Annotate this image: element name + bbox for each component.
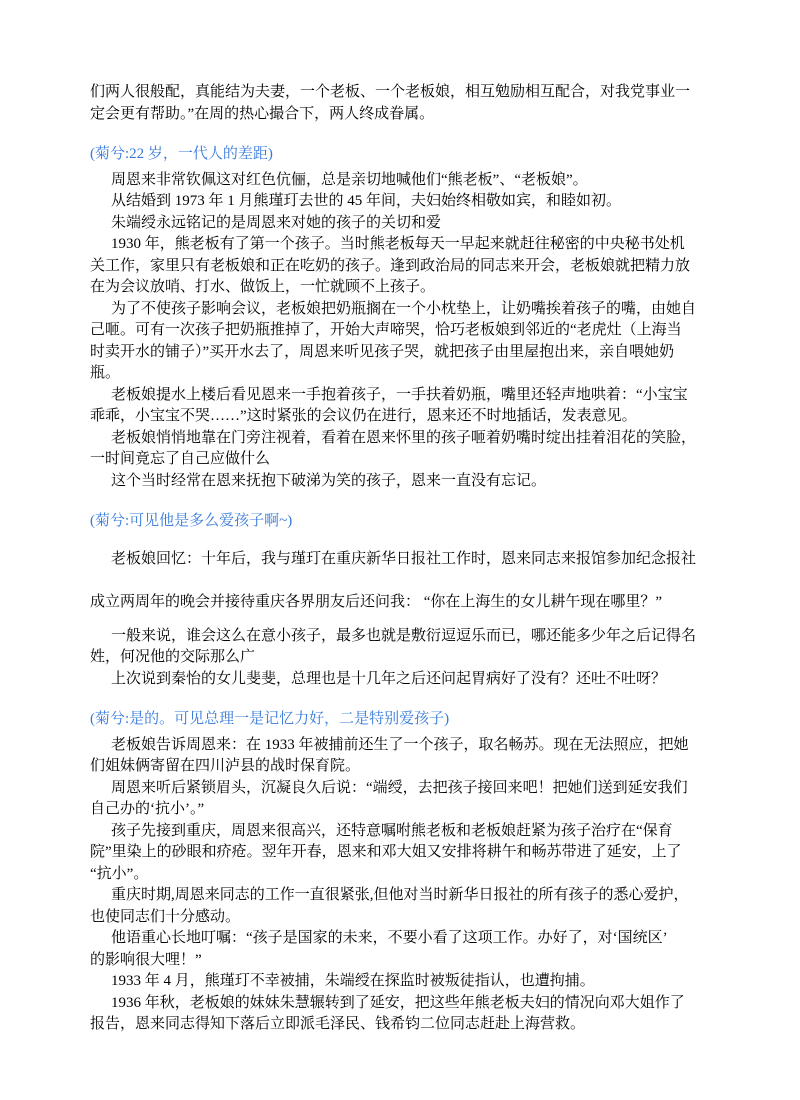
document-text-body: 们两人很般配，真能结为夫妻，一个老板、一个老板娘，相互勉励相互配合，对我党事业一… [90,82,740,1036]
text-line: 一般来说，谁会这么在意小孩子，最多也就是敷衍逗逗乐而已，哪还能多少年之后记得名 [90,626,740,648]
text-line: 周恩来非常钦佩这对红色伉俪，总是亲切地喊他们“熊老板”、“老板娘”。 [90,170,740,192]
text-line: 孩子先接到重庆，周恩来很高兴，还特意嘱咐熊老板和老板娘赶紧为孩子治疗在“保育 [90,821,740,843]
text-line: 周恩来听后紧锁眉头，沉凝良久后说：“端绶，去把孩子接回来吧！把她们送到延安我们 [90,778,740,800]
text-line: 己咂。可有一次孩子把奶瓶推掉了，开始大声啼哭，恰巧老板娘到邻近的“老虎灶（上海当 [90,320,740,342]
text-line: 1936 年秋，老板娘的妹妹朱慧辗转到了延安，把这些年熊老板夫妇的情况向邓大姐作… [90,993,740,1015]
text-line: 时卖开水的铺子）”买开水去了，周恩来听见孩子哭，就把孩子由里屋抱出来，亲自喂她奶 [90,342,740,364]
paragraph: 一般来说，谁会这么在意小孩子，最多也就是敷衍逗逗乐而已，哪还能多少年之后记得名姓… [90,626,740,691]
text-line: 姓，何况他的交际那么广 [90,647,740,669]
paragraph: 老板娘回忆：十年后，我与瑾玎在重庆新华日报社工作时，恩来同志来报馆参加纪念报社成… [90,549,740,614]
text-line: 在为会议放哨、打水、做饭上，一忙就顾不上孩子。 [90,277,740,299]
paragraph: 们两人很般配，真能结为夫妻，一个老板、一个老板娘，相互勉励相互配合，对我党事业一… [90,82,740,125]
text-line: 重庆时期,周恩来同志的工作一直很紧张,但他对当时新华日报社的所有孩子的悉心爱护， [90,885,740,907]
text-line: 的影响很大哩！” [90,950,740,972]
text-line: 院”里染上的砂眼和疥疮。翌年开春，恩来和邓大姐又安排将耕午和畅苏带进了延安，上了 [90,842,740,864]
text-line: 瓶。 [90,363,740,385]
text-line: 老板娘提水上楼后看见恩来一手抱着孩子，一手扶着奶瓶，嘴里还轻声地哄着：“小宝宝 [90,385,740,407]
text-line: 关工作，家里只有老板娘和正在吃奶的孩子。逢到政治局的同志来开会，老板娘就把精力放 [90,256,740,278]
text-line: 一时间竟忘了自己应做什么 [90,449,740,471]
reader-annotation: (菊兮:可见他是多么爱孩子啊~) [90,511,740,533]
text-line: 乖乖，小宝宝不哭……”这时紧张的会议仍在进行，恩来还不时地插话，发表意见。 [90,406,740,428]
document-page: 们两人很般配，真能结为夫妻，一个老板、一个老板娘，相互勉励相互配合，对我党事业一… [0,0,800,1100]
text-line: 们姐妹俩寄留在四川泸县的战时保育院。 [90,756,740,778]
text-line: 老板娘告诉周恩来：在 1933 年被捕前还生了一个孩子，取名畅苏。现在无法照应，… [90,735,740,757]
reader-annotation: (菊兮:22 岁，一代人的差距) [90,144,740,166]
reader-annotation: (菊兮:是的。可见总理一是记忆力好，二是特别爱孩子) [90,709,740,731]
paragraph: 周恩来非常钦佩这对红色伉俪，总是亲切地喊他们“熊老板”、“老板娘”。从结婚到 1… [90,170,740,493]
text-line: 们两人很般配，真能结为夫妻，一个老板、一个老板娘，相互勉励相互配合，对我党事业一 [90,82,740,104]
text-line: 上次说到秦怡的女儿斐斐，总理也是十几年之后还问起胃病好了没有？还吐不吐呀？ [90,669,740,691]
text-line: 定会更有帮助。”在周的热心撮合下，两人终成眷属。 [90,104,740,126]
text-line: 成立两周年的晚会并接待重庆各界朋友后还问我： “你在上海生的女儿耕午现在哪里？” [90,592,740,614]
text-line: 他语重心长地叮嘱：“孩子是国家的未来，不要小看了这项工作。办好了，对‘国统区’ [90,928,740,950]
text-line: 朱端绶永远铭记的是周恩来对她的孩子的关切和爱 [90,213,740,235]
text-line: 从结婚到 1973 年 1 月熊瑾玎去世的 45 年间，夫妇始终相敬如宾，和睦如… [90,191,740,213]
text-line: 1930 年，熊老板有了第一个孩子。当时熊老板每天一早起来就赶往秘密的中央秘书处… [90,234,740,256]
text-line: 也使同志们十分感动。 [90,907,740,929]
text-line: 老板娘悄悄地靠在门旁注视着，看着在恩来怀里的孩子咂着奶嘴时绽出挂着泪花的笑脸， [90,428,740,450]
annotation-line: (菊兮:22 岁，一代人的差距) [90,144,740,166]
annotation-line: (菊兮:是的。可见总理一是记忆力好，二是特别爱孩子) [90,709,740,731]
text-line: 1933 年 4 月，熊瑾玎不幸被捕，朱端绶在探监时被叛徒指认，也遭拘捕。 [90,971,740,993]
text-line: 这个当时经常在恩来抚抱下破涕为笑的孩子，恩来一直没有忘记。 [90,471,740,493]
text-line: “抗小”。 [90,864,740,886]
paragraph: 老板娘告诉周恩来：在 1933 年被捕前还生了一个孩子，取名畅苏。现在无法照应，… [90,735,740,1036]
text-line: 老板娘回忆：十年后，我与瑾玎在重庆新华日报社工作时，恩来同志来报馆参加纪念报社 [90,549,740,571]
text-line: 报告，恩来同志得知下落后立即派毛泽民、钱希钧二位同志赶赴上海营救。 [90,1014,740,1036]
text-line: 为了不使孩子影响会议，老板娘把奶瓶搁在一个小枕垫上，让奶嘴挨着孩子的嘴，由她自 [90,299,740,321]
text-line: 自己办的‘抗小’。” [90,799,740,821]
annotation-line: (菊兮:可见他是多么爱孩子啊~) [90,511,740,533]
